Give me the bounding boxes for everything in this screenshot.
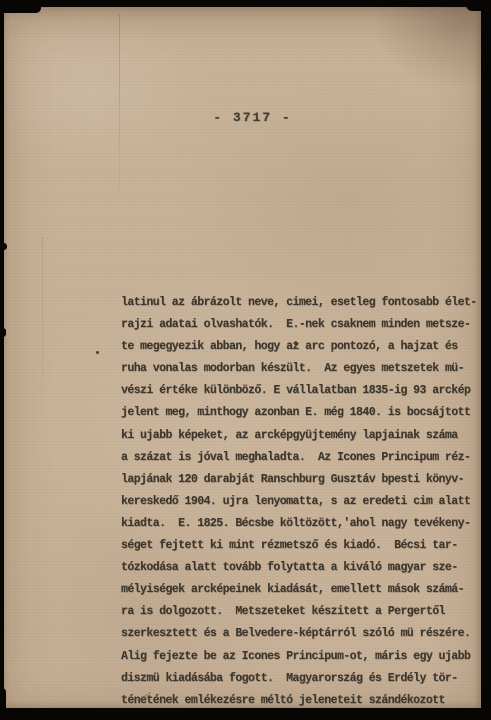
scan-border-nick — [0, 243, 7, 250]
text-line: vészi értéke különböző. E vállalatban 18… — [121, 380, 477, 402]
scanned-page: - 3717 - latinul az ábrázolt neve, cimei… — [0, 0, 491, 720]
text-line: mélyiségek arcképeinek kiadását, emellet… — [121, 579, 477, 601]
paper-crease — [42, 237, 43, 417]
text-line: kereskedő 1904. ujra lenyomatta, s az er… — [121, 491, 477, 513]
text-line: kiadta. E. 1825. Bécsbe költözött,'ahol … — [121, 513, 477, 535]
text-line: jelent meg, minthogy azonban E. még 1840… — [121, 402, 477, 424]
scan-border-right — [481, 0, 491, 720]
text-block: latinul az ábrázolt neve, cimei, esetleg… — [121, 292, 477, 712]
text-line: ra is dolgozott. Metszeteket készitett a… — [121, 601, 477, 623]
text-line: lapjának 120 darabját Ranschburg Gusztáv… — [121, 469, 477, 491]
text-line: a százat is jóval meghaladta. Az Icones … — [121, 447, 477, 469]
scan-border-bottom — [0, 708, 491, 720]
text-line: szerkesztett és a Belvedere-képtárról sz… — [121, 623, 477, 645]
text-line: rajzi adatai olvashatók. E.-nek csaknem … — [121, 314, 477, 336]
text-line: séget fejtett ki mint rézmetsző és kiadó… — [121, 535, 477, 557]
scan-border-top — [0, 0, 491, 7]
text-line: ruha vonalas modorban készült. Az egyes … — [121, 358, 477, 380]
paper-crease — [119, 14, 120, 194]
scan-border-corner-topright — [466, 0, 491, 11]
text-line: te megegyezik abban, hogy az arc pontozó… — [121, 336, 477, 358]
text-line: diszmü kiadásába fogott. Magyarország és… — [121, 668, 477, 690]
scan-border-nick — [0, 328, 6, 337]
text-line: latinul az ábrázolt neve, cimei, esetleg… — [121, 292, 477, 314]
scan-border-left — [0, 0, 4, 720]
ink-speck — [96, 351, 99, 354]
scan-border-corner-topleft — [0, 0, 41, 13]
scan-border-corner-bottomleft — [0, 688, 6, 720]
text-line: Alig fejezte be az Icones Principum-ot, … — [121, 646, 477, 668]
text-line: tózkodása alatt tovább folytatta a kivál… — [121, 557, 477, 579]
text-line: ki ujabb képeket, az arcképgyüjtemény la… — [121, 425, 477, 447]
page-number: - 3717 - — [0, 110, 491, 125]
